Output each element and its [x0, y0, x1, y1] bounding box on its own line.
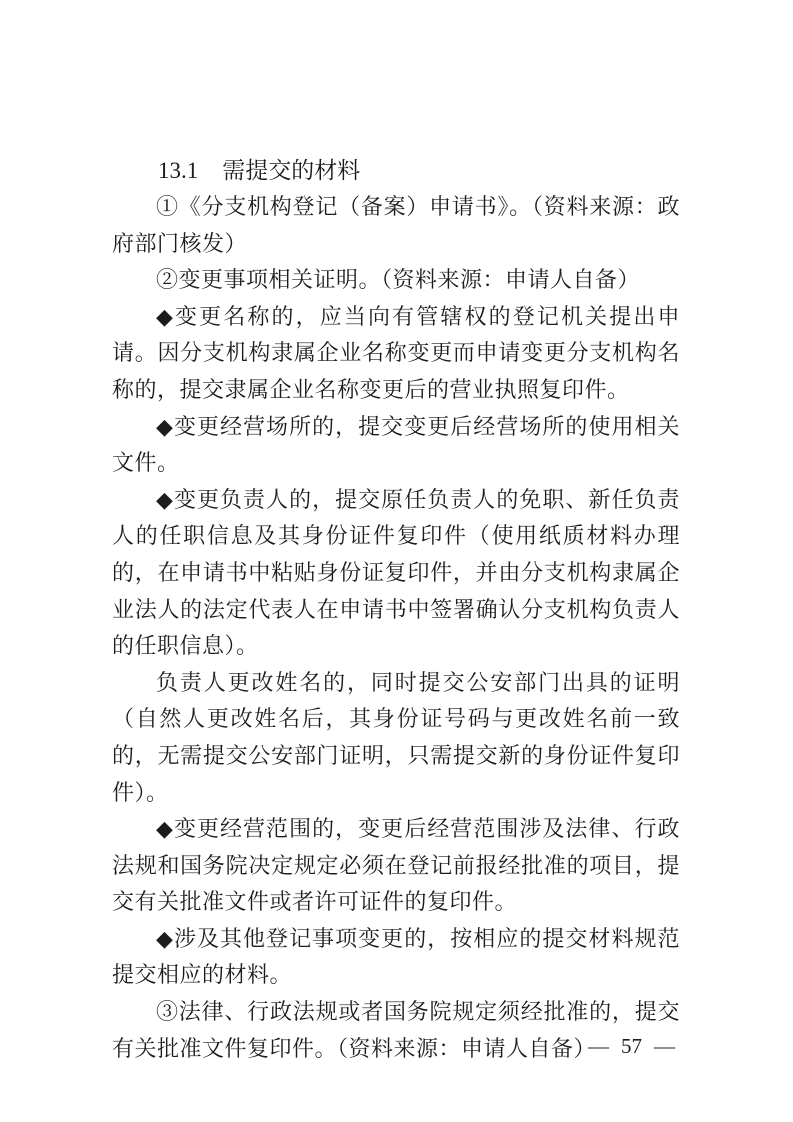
- paragraph-person-rename: 负责人更改姓名的，同时提交公安部门出具的证明（自然人更改姓名后，其身份证号码与更…: [112, 665, 680, 811]
- paragraph-bullet-change-person: ◆变更负责人的，提交原任负责人的免职、新任负责人的任职信息及其身份证件复印件（使…: [112, 482, 680, 665]
- section-heading: 13.1需提交的材料: [112, 152, 680, 189]
- footer-dash-left: —: [588, 1034, 609, 1058]
- paragraph-bullet-other-items: ◆涉及其他登记事项变更的，按相应的提交材料规范提交相应的材料。: [112, 921, 680, 994]
- document-page: 13.1需提交的材料 ①《分支机构登记（备案）申请书》。（资料来源：政府部门核发…: [0, 0, 793, 1122]
- paragraph-item-2: ②变更事项相关证明。（资料来源：申请人自备）: [112, 262, 680, 299]
- section-number: 13.1: [158, 158, 198, 183]
- paragraph-bullet-change-name: ◆变更名称的，应当向有管辖权的登记机关提出申请。因分支机构隶属企业名称变更而申请…: [112, 299, 680, 409]
- page-number: 57: [621, 1034, 642, 1058]
- paragraph-bullet-change-scope: ◆变更经营范围的，变更后经营范围涉及法律、行政法规和国务院决定规定必须在登记前报…: [112, 811, 680, 921]
- paragraph-item-1: ①《分支机构登记（备案）申请书》。（资料来源：政府部门核发）: [112, 189, 680, 262]
- footer-dash-right: —: [654, 1034, 675, 1058]
- page-footer: —57—: [588, 1032, 675, 1060]
- page-content: 13.1需提交的材料 ①《分支机构登记（备案）申请书》。（资料来源：政府部门核发…: [112, 152, 680, 1067]
- section-title: 需提交的材料: [222, 158, 360, 183]
- paragraph-bullet-change-premises: ◆变更经营场所的，提交变更后经营场所的使用相关文件。: [112, 409, 680, 482]
